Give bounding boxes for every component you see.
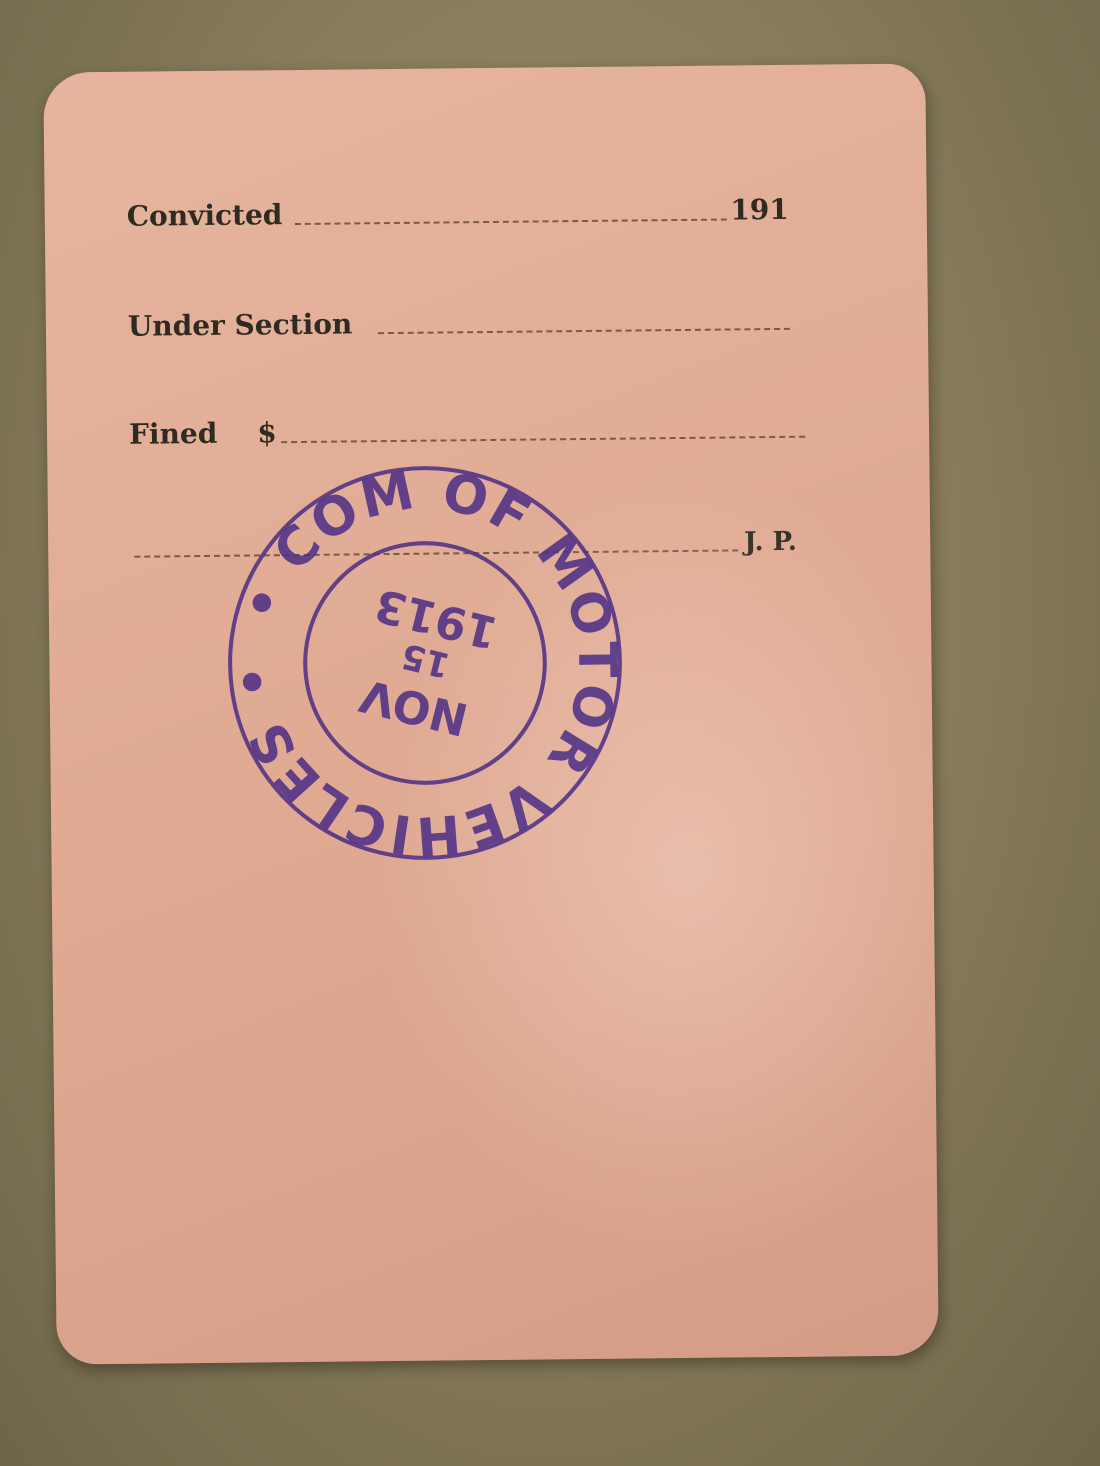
convicted-blank[interactable] [294,219,726,226]
under-section-blank[interactable] [378,328,790,334]
convicted-label: Convicted [127,198,283,233]
under-section-label: Under Section [128,307,353,342]
fined-field: Fined $ [129,411,805,451]
under-section-field: Under Section [128,303,791,343]
year-prefix: 191 [730,193,789,227]
fined-label: Fined [129,417,218,451]
jp-label: J. P. [744,527,797,558]
stamp-month: NOV [355,669,473,746]
convicted-field: Convicted 191 [127,193,789,233]
